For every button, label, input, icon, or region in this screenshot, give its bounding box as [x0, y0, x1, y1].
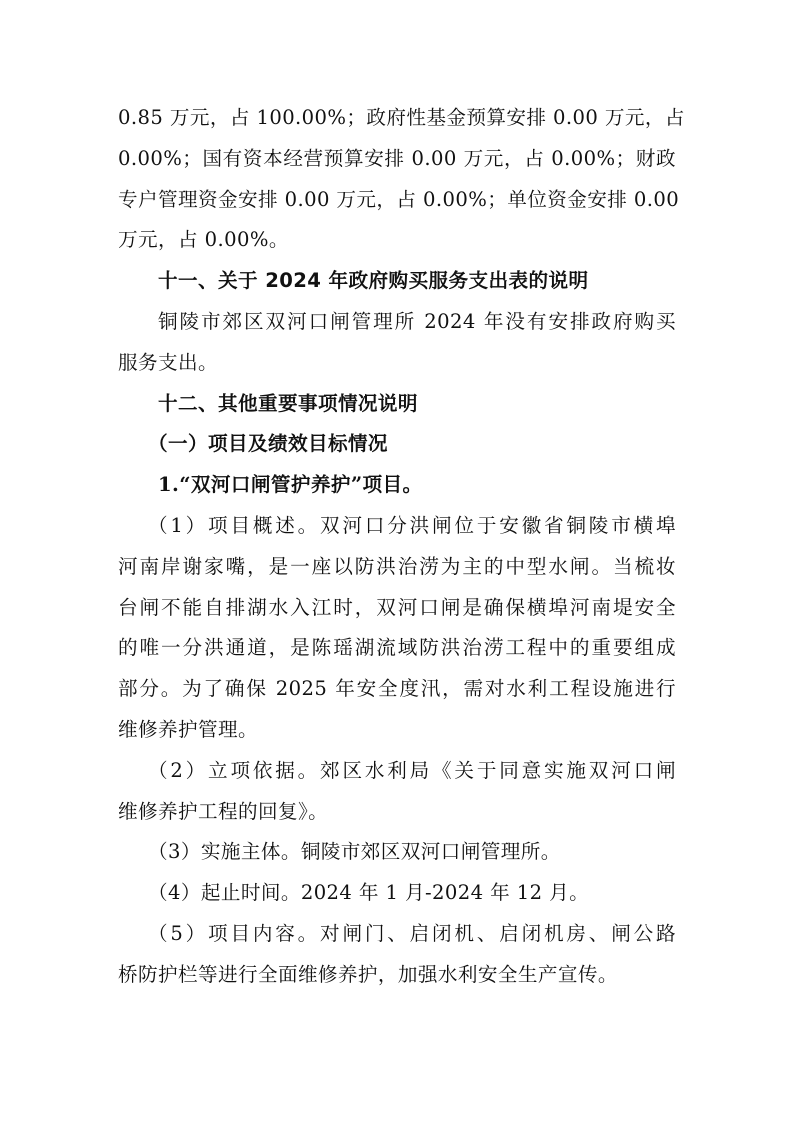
section-11-body: 铜陵市郊区双河口闸管理所 2024 年没有安排政府购买 服务支出。: [118, 302, 676, 384]
text-line: 维修养护工程的回复》。: [118, 792, 676, 833]
project-item-period: （4）起止时间。2024 年 1 月-2024 年 12 月。: [118, 873, 676, 914]
budget-continuation-paragraph: 0.85 万元，占 100.00%；政府性基金预算安排 0.00 万元，占 0.…: [118, 98, 676, 261]
text-line: 0.85 万元，占 100.00%；政府性基金预算安排 0.00 万元，占: [118, 98, 676, 139]
section-12-subheading: （一）项目及绩效目标情况: [118, 424, 676, 465]
text-line: 台闸不能自排湖水入江时，双河口闸是确保横埠河南堤安全: [118, 588, 676, 629]
project-item-basis: （2）立项依据。郊区水利局《关于同意实施双河口闸 维修养护工程的回复》。: [118, 751, 676, 833]
text-line: 万元，占 0.00%。: [118, 220, 676, 261]
text-line: 部分。为了确保 2025 年安全度汛，需对水利工程设施进行: [118, 669, 676, 710]
project-title: 1.“双河口闸管护养护”项目。: [118, 465, 676, 506]
text-line: （1）项目概述。双河口分洪闸位于安徽省铜陵市横埠: [118, 506, 676, 547]
text-line: 的唯一分洪通道，是陈瑶湖流域防洪治涝工程中的重要组成: [118, 628, 676, 669]
section-12-heading: 十二、其他重要事项情况说明: [118, 384, 676, 425]
text-line: 桥防护栏等进行全面维修养护，加强水利安全生产宣传。: [118, 955, 676, 996]
project-item-implementer: （3）实施主体。铜陵市郊区双河口闸管理所。: [118, 832, 676, 873]
text-line: 铜陵市郊区双河口闸管理所 2024 年没有安排政府购买: [118, 302, 676, 343]
section-11-heading: 十一、关于 2024 年政府购买服务支出表的说明: [118, 261, 676, 302]
text-line: 维修养护管理。: [118, 710, 676, 751]
text-line: （4）起止时间。2024 年 1 月-2024 年 12 月。: [118, 873, 676, 914]
text-line: 服务支出。: [118, 343, 676, 384]
project-item-content: （5）项目内容。对闸门、启闭机、启闭机房、闸公路 桥防护栏等进行全面维修养护，加…: [118, 914, 676, 996]
text-line: 专户管理资金安排 0.00 万元，占 0.00%；单位资金安排 0.00: [118, 180, 676, 221]
text-line: （2）立项依据。郊区水利局《关于同意实施双河口闸: [118, 751, 676, 792]
text-line: （3）实施主体。铜陵市郊区双河口闸管理所。: [118, 832, 676, 873]
text-line: 河南岸谢家嘴，是一座以防洪治涝为主的中型水闸。当梳妆: [118, 547, 676, 588]
text-line: 0.00%；国有资本经营预算安排 0.00 万元，占 0.00%；财政: [118, 139, 676, 180]
project-item-overview: （1）项目概述。双河口分洪闸位于安徽省铜陵市横埠 河南岸谢家嘴，是一座以防洪治涝…: [118, 506, 676, 751]
document-page: 0.85 万元，占 100.00%；政府性基金预算安排 0.00 万元，占 0.…: [118, 98, 676, 996]
text-line: （5）项目内容。对闸门、启闭机、启闭机房、闸公路: [118, 914, 676, 955]
